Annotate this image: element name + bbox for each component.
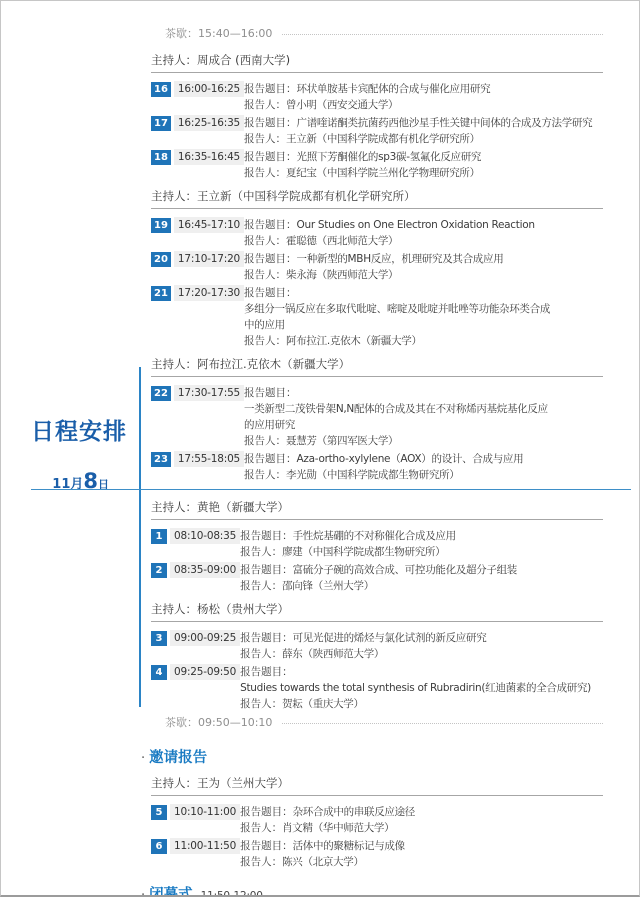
session-chair-row: 主持人：杨松（贵州大学） bbox=[151, 602, 603, 622]
talk-title: 多组分一锅反应在多取代吡啶、嘧啶及吡啶并吡唑等功能杂环类合成中的应用 bbox=[244, 301, 556, 333]
talk-title-prefix: 报告题目： bbox=[244, 387, 297, 399]
talk-title-prefix: 报告题目： bbox=[244, 117, 297, 129]
talk-speaker: 廖建（中国科学院成都生物研究所） bbox=[282, 544, 445, 560]
talk-number-time: 510:10-11:00 bbox=[151, 804, 240, 836]
talk-speaker-prefix: 报告人： bbox=[240, 648, 282, 660]
talk-speaker-prefix: 报告人： bbox=[240, 698, 282, 710]
talk-text: 报告题目：一种新型的MBH反应，机理研究及其合成应用报告人：柴永海（陕西师范大学… bbox=[244, 251, 603, 283]
talk-number-time: 1816:35-16:45 bbox=[151, 149, 244, 181]
talk-text: 报告题目：广谱喹诺酮类抗菌药西他沙星手性关键中间体的合成及方法学研究报告人：王立… bbox=[244, 115, 603, 147]
talk-number-badge: 19 bbox=[151, 218, 171, 233]
talk-text: 报告题目：Studies towards the total synthesis… bbox=[240, 664, 603, 712]
talk-row: 2217:30-17:55报告题目：一类新型二茂铁骨架N,N配体的合成及其在不对… bbox=[151, 385, 603, 449]
tea-break-row: 茶歇：09:50—10:10 bbox=[151, 714, 603, 730]
session-chair-row: 主持人：周成合 (西南大学) bbox=[151, 53, 603, 73]
talk-text: 报告题目：Aza-ortho-xylylene（AOX）的设计、合成与应用报告人… bbox=[244, 451, 603, 483]
talk-time: 11:00-11:50 bbox=[170, 838, 240, 854]
talk-number-badge: 1 bbox=[151, 529, 167, 544]
talk-speaker: 曾小明（西安交通大学） bbox=[286, 97, 398, 113]
talk-time: 17:55-18:05 bbox=[174, 451, 244, 467]
talk-time: 09:00-09:25 bbox=[170, 630, 240, 646]
talk-speaker-prefix: 报告人： bbox=[240, 856, 282, 868]
talk-number-time: 2117:20-17:30 bbox=[151, 285, 244, 349]
talk-number-badge: 22 bbox=[151, 386, 171, 401]
talk-time: 08:10-08:35 bbox=[170, 528, 240, 544]
talk-row: 409:25-09:50报告题目：Studies towards the tot… bbox=[151, 664, 603, 712]
talk-title-line: 报告题目：可见光促进的烯烃与氯化试剂的新反应研究 bbox=[240, 630, 603, 646]
talk-speaker-prefix: 报告人： bbox=[244, 235, 286, 247]
talk-time: 17:10-17:20 bbox=[174, 251, 244, 267]
talk-title-line: 报告题目：光照下芳酮催化的sp3碳-氢氟化反应研究 bbox=[244, 149, 603, 165]
schedule-section-title: 日程安排 bbox=[31, 413, 137, 446]
talk-title: 活体中的聚糖标记与成像 bbox=[293, 838, 405, 854]
talk-title: 一种新型的MBH反应，机理研究及其合成应用 bbox=[297, 251, 504, 267]
session-chair-row: 主持人：阿布拉江.克依木（新疆大学） bbox=[151, 357, 603, 377]
talk-title-line: 报告题目：广谱喹诺酮类抗菌药西他沙星手性关键中间体的合成及方法学研究 bbox=[244, 115, 603, 131]
talk-title-prefix: 报告题目： bbox=[244, 151, 297, 163]
talk-row: 611:00-11:50报告题目：活体中的聚糖标记与成像报告人：陈兴（北京大学） bbox=[151, 838, 603, 870]
sidebar-vertical-rule bbox=[139, 367, 141, 707]
talk-speaker: 贺耘（重庆大学） bbox=[282, 696, 364, 712]
talk-title-prefix: 报告题目： bbox=[240, 806, 293, 818]
talk-number-time: 1716:25-16:35 bbox=[151, 115, 244, 147]
session-chair-row: 主持人：王立新（中国科学院成都有机化学研究所） bbox=[151, 189, 603, 209]
talk-number-badge: 16 bbox=[151, 82, 171, 97]
talk-number-time: 208:35-09:00 bbox=[151, 562, 240, 594]
talk-speaker-line: 报告人：柴永海（陕西师范大学） bbox=[244, 267, 603, 283]
talk-text: 报告题目：环状单胺基卡宾配体的合成与催化应用研究报告人：曾小明（西安交通大学） bbox=[244, 81, 603, 113]
talk-speaker: 柴永海（陕西师范大学） bbox=[286, 267, 398, 283]
talk-speaker-prefix: 报告人： bbox=[240, 580, 282, 592]
talk-number-badge: 20 bbox=[151, 252, 171, 267]
talk-title-line: 报告题目：富硫分子碗的高效合成、可控功能化及超分子组装 bbox=[240, 562, 603, 578]
session-chair-row: 主持人：王为（兰州大学） bbox=[151, 776, 603, 796]
closing-ceremony-label: 闭幕式 bbox=[149, 887, 193, 897]
talk-title: Aza-ortho-xylylene（AOX）的设计、合成与应用 bbox=[297, 451, 524, 467]
talk-text: 报告题目：光照下芳酮催化的sp3碳-氢氟化反应研究报告人：夏纪宝（中国科学院兰州… bbox=[244, 149, 603, 181]
talk-number-time: 309:00-09:25 bbox=[151, 630, 240, 662]
talk-speaker-line: 报告人：贺耘（重庆大学） bbox=[240, 696, 603, 712]
talk-title: Studies towards the total synthesis of R… bbox=[240, 680, 591, 696]
talk-text: 报告题目：一类新型二茂铁骨架N,N配体的合成及其在不对称烯丙基烷基化反应的应用研… bbox=[244, 385, 603, 449]
talk-title: 广谱喹诺酮类抗菌药西他沙星手性关键中间体的合成及方法学研究 bbox=[297, 115, 593, 131]
talk-number-time: 1916:45-17:10 bbox=[151, 217, 244, 249]
talk-speaker-prefix: 报告人： bbox=[244, 469, 286, 481]
dotted-leader bbox=[282, 722, 603, 724]
talk-speaker: 肖文精（华中师范大学） bbox=[282, 820, 394, 836]
talk-speaker-line: 报告人：薛东（陕西师范大学） bbox=[240, 646, 603, 662]
talk-title-line: 报告题目：手性烷基硼的不对称催化合成及应用 bbox=[240, 528, 603, 544]
talk-time: 16:00-16:25 bbox=[174, 81, 244, 97]
talk-speaker-line: 报告人：陈兴（北京大学） bbox=[240, 854, 603, 870]
talk-number-time: 611:00-11:50 bbox=[151, 838, 240, 870]
talk-number-time: 409:25-09:50 bbox=[151, 664, 240, 712]
talk-number-badge: 3 bbox=[151, 631, 167, 646]
talk-speaker: 王立新（中国科学院成都有机化学研究所） bbox=[286, 131, 480, 147]
talk-number-time: 2017:10-17:20 bbox=[151, 251, 244, 283]
talk-row: 2017:10-17:20报告题目：一种新型的MBH反应，机理研究及其合成应用报… bbox=[151, 251, 603, 283]
talk-speaker: 薛东（陕西师范大学） bbox=[282, 646, 384, 662]
invited-talks-header: ·邀请报告 bbox=[141, 748, 603, 768]
talk-title: 光照下芳酮催化的sp3碳-氢氟化反应研究 bbox=[297, 149, 482, 165]
talk-text: 报告题目：富硫分子碗的高效合成、可控功能化及超分子组装报告人：邵向锋（兰州大学） bbox=[240, 562, 603, 594]
talk-title-prefix: 报告题目： bbox=[244, 83, 297, 95]
talk-speaker-line: 报告人：阿布拉江.克依木（新疆大学） bbox=[244, 333, 603, 349]
talk-title-line: 报告题目：活体中的聚糖标记与成像 bbox=[240, 838, 603, 854]
talk-speaker-line: 报告人：夏纪宝（中国科学院兰州化学物理研究所） bbox=[244, 165, 603, 181]
section-bullet: · bbox=[141, 888, 145, 897]
talk-time: 16:25-16:35 bbox=[174, 115, 244, 131]
talk-title-line: 报告题目：一种新型的MBH反应，机理研究及其合成应用 bbox=[244, 251, 603, 267]
talk-row: 1716:25-16:35报告题目：广谱喹诺酮类抗菌药西他沙星手性关键中间体的合… bbox=[151, 115, 603, 147]
talk-speaker: 夏纪宝（中国科学院兰州化学物理研究所） bbox=[286, 165, 480, 181]
talk-number-badge: 17 bbox=[151, 116, 171, 131]
talk-speaker-prefix: 报告人： bbox=[244, 133, 286, 145]
talk-speaker-line: 报告人：聂慧芳（第四军医大学） bbox=[244, 433, 603, 449]
talk-number-time: 108:10-08:35 bbox=[151, 528, 240, 560]
talk-text: 报告题目：手性烷基硼的不对称催化合成及应用报告人：廖建（中国科学院成都生物研究所… bbox=[240, 528, 603, 560]
talk-row: 2317:55-18:05报告题目：Aza-ortho-xylylene（AOX… bbox=[151, 451, 603, 483]
talk-title: 可见光促进的烯烃与氯化试剂的新反应研究 bbox=[293, 630, 487, 646]
talk-speaker-line: 报告人：王立新（中国科学院成都有机化学研究所） bbox=[244, 131, 603, 147]
talk-title-line: 报告题目：多组分一锅反应在多取代吡啶、嘧啶及吡啶并吡唑等功能杂环类合成中的应用 bbox=[244, 285, 603, 333]
talk-title-prefix: 报告题目： bbox=[240, 840, 293, 852]
talk-title: 手性烷基硼的不对称催化合成及应用 bbox=[293, 528, 456, 544]
talk-title-line: 报告题目：环状单胺基卡宾配体的合成与催化应用研究 bbox=[244, 81, 603, 97]
talk-title-prefix: 报告题目： bbox=[244, 453, 297, 465]
talk-speaker: 霍聪德（西北师范大学） bbox=[286, 233, 398, 249]
talk-title-prefix: 报告题目： bbox=[244, 287, 297, 299]
talk-number-badge: 23 bbox=[151, 452, 171, 467]
talk-title: 富硫分子碗的高效合成、可控功能化及超分子组装 bbox=[293, 562, 517, 578]
talk-time: 17:20-17:30 bbox=[174, 285, 244, 301]
talk-row: 2117:20-17:30报告题目：多组分一锅反应在多取代吡啶、嘧啶及吡啶并吡唑… bbox=[151, 285, 603, 349]
talk-title-prefix: 报告题目： bbox=[244, 219, 297, 231]
talk-speaker-line: 报告人：霍聪德（西北师范大学） bbox=[244, 233, 603, 249]
tea-break-row: 茶歇：15:40—16:00 bbox=[151, 25, 603, 41]
session-chair-row: 主持人：黄艳（新疆大学） bbox=[151, 500, 603, 520]
date-divider-rule bbox=[31, 489, 631, 490]
closing-ceremony-time: 11:50-12:00 bbox=[201, 890, 263, 897]
talk-speaker-prefix: 报告人： bbox=[244, 435, 286, 447]
talk-title-line: 报告题目：Studies towards the total synthesis… bbox=[240, 664, 603, 696]
talk-number-badge: 2 bbox=[151, 563, 167, 578]
talk-text: 报告题目：Our Studies on One Electron Oxidati… bbox=[244, 217, 603, 249]
talk-title-line: 报告题目：Our Studies on One Electron Oxidati… bbox=[244, 217, 603, 233]
talk-title-line: 报告题目：Aza-ortho-xylylene（AOX）的设计、合成与应用 bbox=[244, 451, 603, 467]
talk-text: 报告题目：杂环合成中的串联反应途径报告人：肖文精（华中师范大学） bbox=[240, 804, 603, 836]
talk-title: Our Studies on One Electron Oxidation Re… bbox=[297, 217, 535, 233]
talk-title-prefix: 报告题目： bbox=[244, 253, 297, 265]
section-bullet: · bbox=[141, 751, 145, 766]
dotted-leader bbox=[282, 33, 603, 35]
talk-number-time: 1616:00-16:25 bbox=[151, 81, 244, 113]
schedule-list: 茶歇：15:40—16:00主持人：周成合 (西南大学)1616:00-16:2… bbox=[151, 25, 603, 897]
talk-speaker-line: 报告人：李光勋（中国科学院成都生物研究所） bbox=[244, 467, 603, 483]
talk-text: 报告题目：多组分一锅反应在多取代吡啶、嘧啶及吡啶并吡唑等功能杂环类合成中的应用报… bbox=[244, 285, 603, 349]
talk-number-badge: 5 bbox=[151, 805, 167, 820]
talk-text: 报告题目：可见光促进的烯烃与氯化试剂的新反应研究报告人：薛东（陕西师范大学） bbox=[240, 630, 603, 662]
talk-row: 1616:00-16:25报告题目：环状单胺基卡宾配体的合成与催化应用研究报告人… bbox=[151, 81, 603, 113]
talk-speaker: 阿布拉江.克依木（新疆大学） bbox=[286, 333, 422, 349]
talk-title-prefix: 报告题目： bbox=[240, 632, 293, 644]
talk-speaker-line: 报告人：曾小明（西安交通大学） bbox=[244, 97, 603, 113]
invited-talks-title: 邀请报告 bbox=[149, 750, 207, 766]
talk-time: 16:35-16:45 bbox=[174, 149, 244, 165]
talk-number-badge: 6 bbox=[151, 839, 167, 854]
talk-number-badge: 4 bbox=[151, 665, 167, 680]
talk-speaker-line: 报告人：廖建（中国科学院成都生物研究所） bbox=[240, 544, 603, 560]
talk-number-badge: 18 bbox=[151, 150, 171, 165]
talk-text: 报告题目：活体中的聚糖标记与成像报告人：陈兴（北京大学） bbox=[240, 838, 603, 870]
talk-number-time: 2317:55-18:05 bbox=[151, 451, 244, 483]
talk-title-prefix: 报告题目： bbox=[240, 530, 293, 542]
talk-speaker-prefix: 报告人： bbox=[244, 99, 286, 111]
talk-title: 环状单胺基卡宾配体的合成与催化应用研究 bbox=[297, 81, 491, 97]
talk-speaker-line: 报告人：肖文精（华中师范大学） bbox=[240, 820, 603, 836]
talk-row: 309:00-09:25报告题目：可见光促进的烯烃与氯化试剂的新反应研究报告人：… bbox=[151, 630, 603, 662]
talk-title-prefix: 报告题目： bbox=[240, 564, 293, 576]
talk-row: 1816:35-16:45报告题目：光照下芳酮催化的sp3碳-氢氟化反应研究报告… bbox=[151, 149, 603, 181]
talk-speaker-prefix: 报告人： bbox=[240, 546, 282, 558]
talk-speaker: 李光勋（中国科学院成都生物研究所） bbox=[286, 467, 459, 483]
talk-title-line: 报告题目：一类新型二茂铁骨架N,N配体的合成及其在不对称烯丙基烷基化反应的应用研… bbox=[244, 385, 603, 433]
talk-time: 17:30-17:55 bbox=[174, 385, 244, 401]
talk-row: 208:35-09:00报告题目：富硫分子碗的高效合成、可控功能化及超分子组装报… bbox=[151, 562, 603, 594]
talk-speaker-prefix: 报告人： bbox=[244, 335, 286, 347]
talk-time: 09:25-09:50 bbox=[170, 664, 240, 680]
talk-number-badge: 21 bbox=[151, 286, 171, 301]
talk-title: 杂环合成中的串联反应途径 bbox=[293, 804, 415, 820]
talk-speaker-prefix: 报告人： bbox=[240, 822, 282, 834]
talk-title: 一类新型二茂铁骨架N,N配体的合成及其在不对称烯丙基烷基化反应的应用研究 bbox=[244, 401, 556, 433]
talk-speaker: 聂慧芳（第四军医大学） bbox=[286, 433, 398, 449]
talk-speaker: 陈兴（北京大学） bbox=[282, 854, 364, 870]
talk-number-time: 2217:30-17:55 bbox=[151, 385, 244, 449]
talk-row: 108:10-08:35报告题目：手性烷基硼的不对称催化合成及应用报告人：廖建（… bbox=[151, 528, 603, 560]
talk-speaker-line: 报告人：邵向锋（兰州大学） bbox=[240, 578, 603, 594]
talk-speaker-prefix: 报告人： bbox=[244, 269, 286, 281]
tea-break-label: 茶歇：09:50—10:10 bbox=[165, 714, 272, 730]
closing-ceremony-row: ·闭幕式11:50-12:00 bbox=[141, 884, 603, 897]
talk-title-prefix: 报告题目： bbox=[240, 666, 293, 678]
talk-time: 16:45-17:10 bbox=[174, 217, 244, 233]
talk-row: 1916:45-17:10报告题目：Our Studies on One Ele… bbox=[151, 217, 603, 249]
tea-break-label: 茶歇：15:40—16:00 bbox=[165, 25, 272, 41]
program-page: 日程安排 11月8日 茶歇：15:40—16:00主持人：周成合 (西南大学)1… bbox=[0, 0, 640, 897]
talk-speaker: 邵向锋（兰州大学） bbox=[282, 578, 374, 594]
talk-row: 510:10-11:00报告题目：杂环合成中的串联反应途径报告人：肖文精（华中师… bbox=[151, 804, 603, 836]
talk-time: 08:35-09:00 bbox=[170, 562, 240, 578]
talk-speaker-prefix: 报告人： bbox=[244, 167, 286, 179]
talk-title-line: 报告题目：杂环合成中的串联反应途径 bbox=[240, 804, 603, 820]
talk-time: 10:10-11:00 bbox=[170, 804, 240, 820]
